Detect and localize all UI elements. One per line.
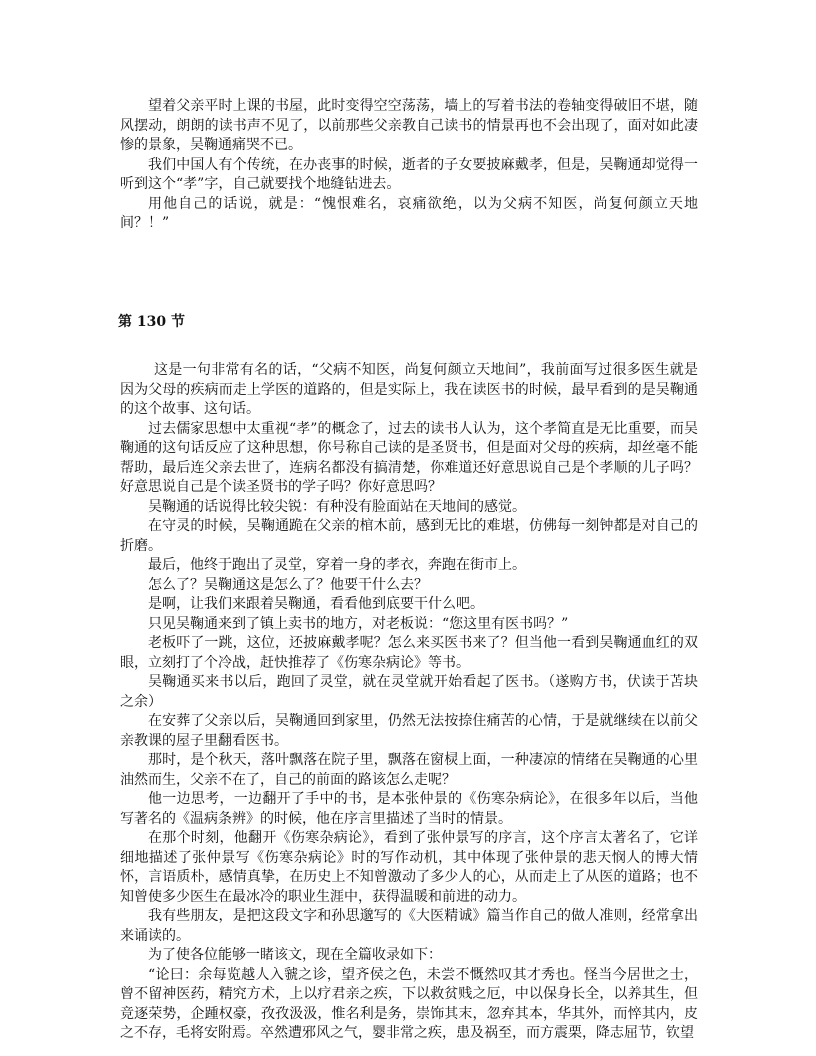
- paragraph: 为了使各位能够一睹该文，现在全篇收录如下：: [120, 946, 698, 966]
- paragraph: 在安葬了父亲以后，吴鞠通回到家里，仍然无法按捺住痛苦的心情，于是就继续在以前父亲…: [120, 712, 698, 751]
- paragraph: 吴鞠通的话说得比较尖锐：有种没有脸面站在天地间的感觉。: [120, 498, 698, 518]
- paragraph: 在那个时刻，他翻开《伤寒杂病论》，看到了张仲景写的序言，这个序言太著名了，它详细…: [120, 829, 698, 907]
- paragraph: 那时，是个秋天，落叶飘落在院子里，飘落在窗棂上面，一种凄凉的情绪在吴鞠通的心里油…: [120, 751, 698, 790]
- paragraph: 是啊，让我们来跟着吴鞠通，看看他到底要干什么吧。: [120, 595, 698, 615]
- paragraph: 他一边思考，一边翻开了手中的书，是本张仲景的《伤寒杂病论》，在很多年以后，当他写…: [120, 790, 698, 829]
- paragraph: 在守灵的时候，吴鞠通跪在父亲的棺木前，感到无比的难堪，仿佛每一刻钟都是对自己的折…: [120, 517, 698, 556]
- paragraph: 只见吴鞠通来到了镇上卖书的地方，对老板说：“您这里有医书吗？”: [120, 615, 698, 635]
- paragraph: 吴鞠通买来书以后，跑回了灵堂，就在灵堂就开始看起了医书。（遂购方书，伏读于苫块之…: [120, 673, 698, 712]
- paragraph: 我有些朋友，是把这段文字和孙思邈写的《大医精诚》篇当作自己的做人准则，经常拿出来…: [120, 907, 698, 946]
- paragraph: 用他自己的话说，就是：“愧恨难名，哀痛欲绝，以为父病不知医，尚复何颜立天地间？！…: [120, 195, 698, 234]
- paragraph: 望着父亲平时上课的书屋，此时变得空空荡荡，墙上的写着书法的卷轴变得破旧不堪，随风…: [120, 97, 698, 156]
- intro-section: 望着父亲平时上课的书屋，此时变得空空荡荡，墙上的写着书法的卷轴变得破旧不堪，随风…: [120, 97, 698, 234]
- heading-spacer: [120, 332, 698, 361]
- paragraph: 怎么了？吴鞠通这是怎么了？他要干什么去？: [120, 576, 698, 596]
- paragraph: 这是一句非常有名的话，“父病不知医，尚复何颜立天地间”，我前面写过很多医生就是因…: [120, 361, 698, 420]
- document-page: 望着父亲平时上课的书屋，此时变得空空荡荡，墙上的写着书法的卷轴变得破旧不堪，随风…: [120, 97, 698, 1044]
- paragraph: 我们中国人有个传统，在办丧事的时候，逝者的子女要披麻戴孝，但是，吴鞠通却觉得一听…: [120, 156, 698, 195]
- section-heading: 第 130 节: [118, 313, 698, 333]
- quoted-paragraph: “论曰：余每览越人入虢之诊，望齐侯之色，未尝不慨然叹其才秀也。怪当今居世之士，曾…: [120, 966, 698, 1044]
- section-body: 这是一句非常有名的话，“父病不知医，尚复何颜立天地间”，我前面写过很多医生就是因…: [120, 361, 698, 1044]
- paragraph: 最后，他终于跑出了灵堂，穿着一身的孝衣，奔跑在街市上。: [120, 556, 698, 576]
- paragraph: 老板吓了一跳，这位，还披麻戴孝呢？怎么来买医书来了？但当他一看到吴鞠通血红的双眼…: [120, 634, 698, 673]
- paragraph: 过去儒家思想中太重视“孝”的概念了，过去的读书人认为，这个孝简直是无比重要，而吴…: [120, 420, 698, 498]
- section-spacer: [120, 234, 698, 313]
